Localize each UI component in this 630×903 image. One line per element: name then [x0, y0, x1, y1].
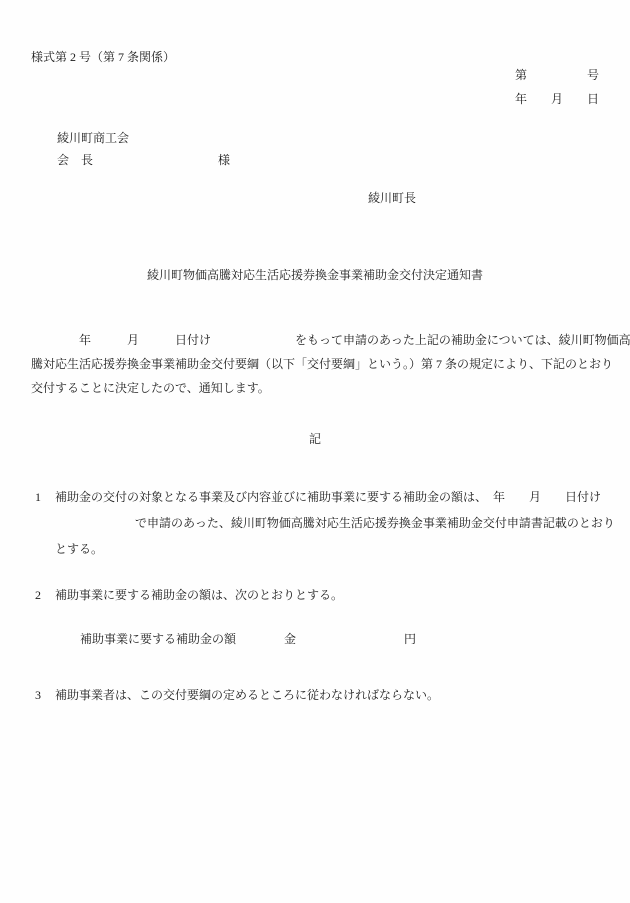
item-2-line-1: 補助事業に要する補助金の額は、次のとおりとする。	[55, 588, 343, 603]
item-1-line-2: で申請のあった、綾川町物価高騰対応生活応援券換金事業補助金交付申請書記載のとおり	[135, 516, 615, 531]
item-1-line-3: とする。	[55, 542, 103, 557]
addressee-title: 会 長	[57, 153, 93, 168]
body-paragraph-line-2: 騰対応生活応援券換金事業補助金交付要綱（以下「交付要綱」という。）第 7 条の規…	[31, 357, 613, 372]
document-date-line: 年 月 日	[515, 92, 599, 107]
item-2-number: 2	[35, 588, 41, 603]
item-1-line-1: 補助金の交付の対象となる事業及び内容並びに補助事業に要する補助金の額は、 年 月…	[55, 490, 601, 505]
addressee-honorific: 様	[218, 153, 230, 168]
item-3-line-1: 補助事業者は、この交付要綱の定めるところに従わなければならない。	[55, 688, 439, 703]
form-number: 様式第 2 号（第 7 条関係）	[31, 50, 175, 65]
record-marker: 記	[0, 432, 630, 447]
item-1-number: 1	[35, 490, 41, 505]
body-paragraph-line-1: 年 月 日付け をもって申請のあった上記の補助金については、綾川町物価高	[31, 333, 630, 348]
document-page: 様式第 2 号（第 7 条関係） 第 号 年 月 日 綾川町商工会 会 長 様 …	[0, 0, 630, 903]
document-title: 綾川町物価高騰対応生活応援券換金事業補助金交付決定通知書	[0, 268, 630, 283]
item-3-number: 3	[35, 688, 41, 703]
document-number-line: 第 号	[515, 68, 599, 83]
sender-name: 綾川町長	[368, 191, 416, 206]
item-2-amount-line: 補助事業に要する補助金の額 金 円	[80, 632, 416, 647]
addressee-org: 綾川町商工会	[57, 131, 129, 146]
body-paragraph-line-3: 交付することに決定したので、通知します。	[31, 381, 270, 396]
